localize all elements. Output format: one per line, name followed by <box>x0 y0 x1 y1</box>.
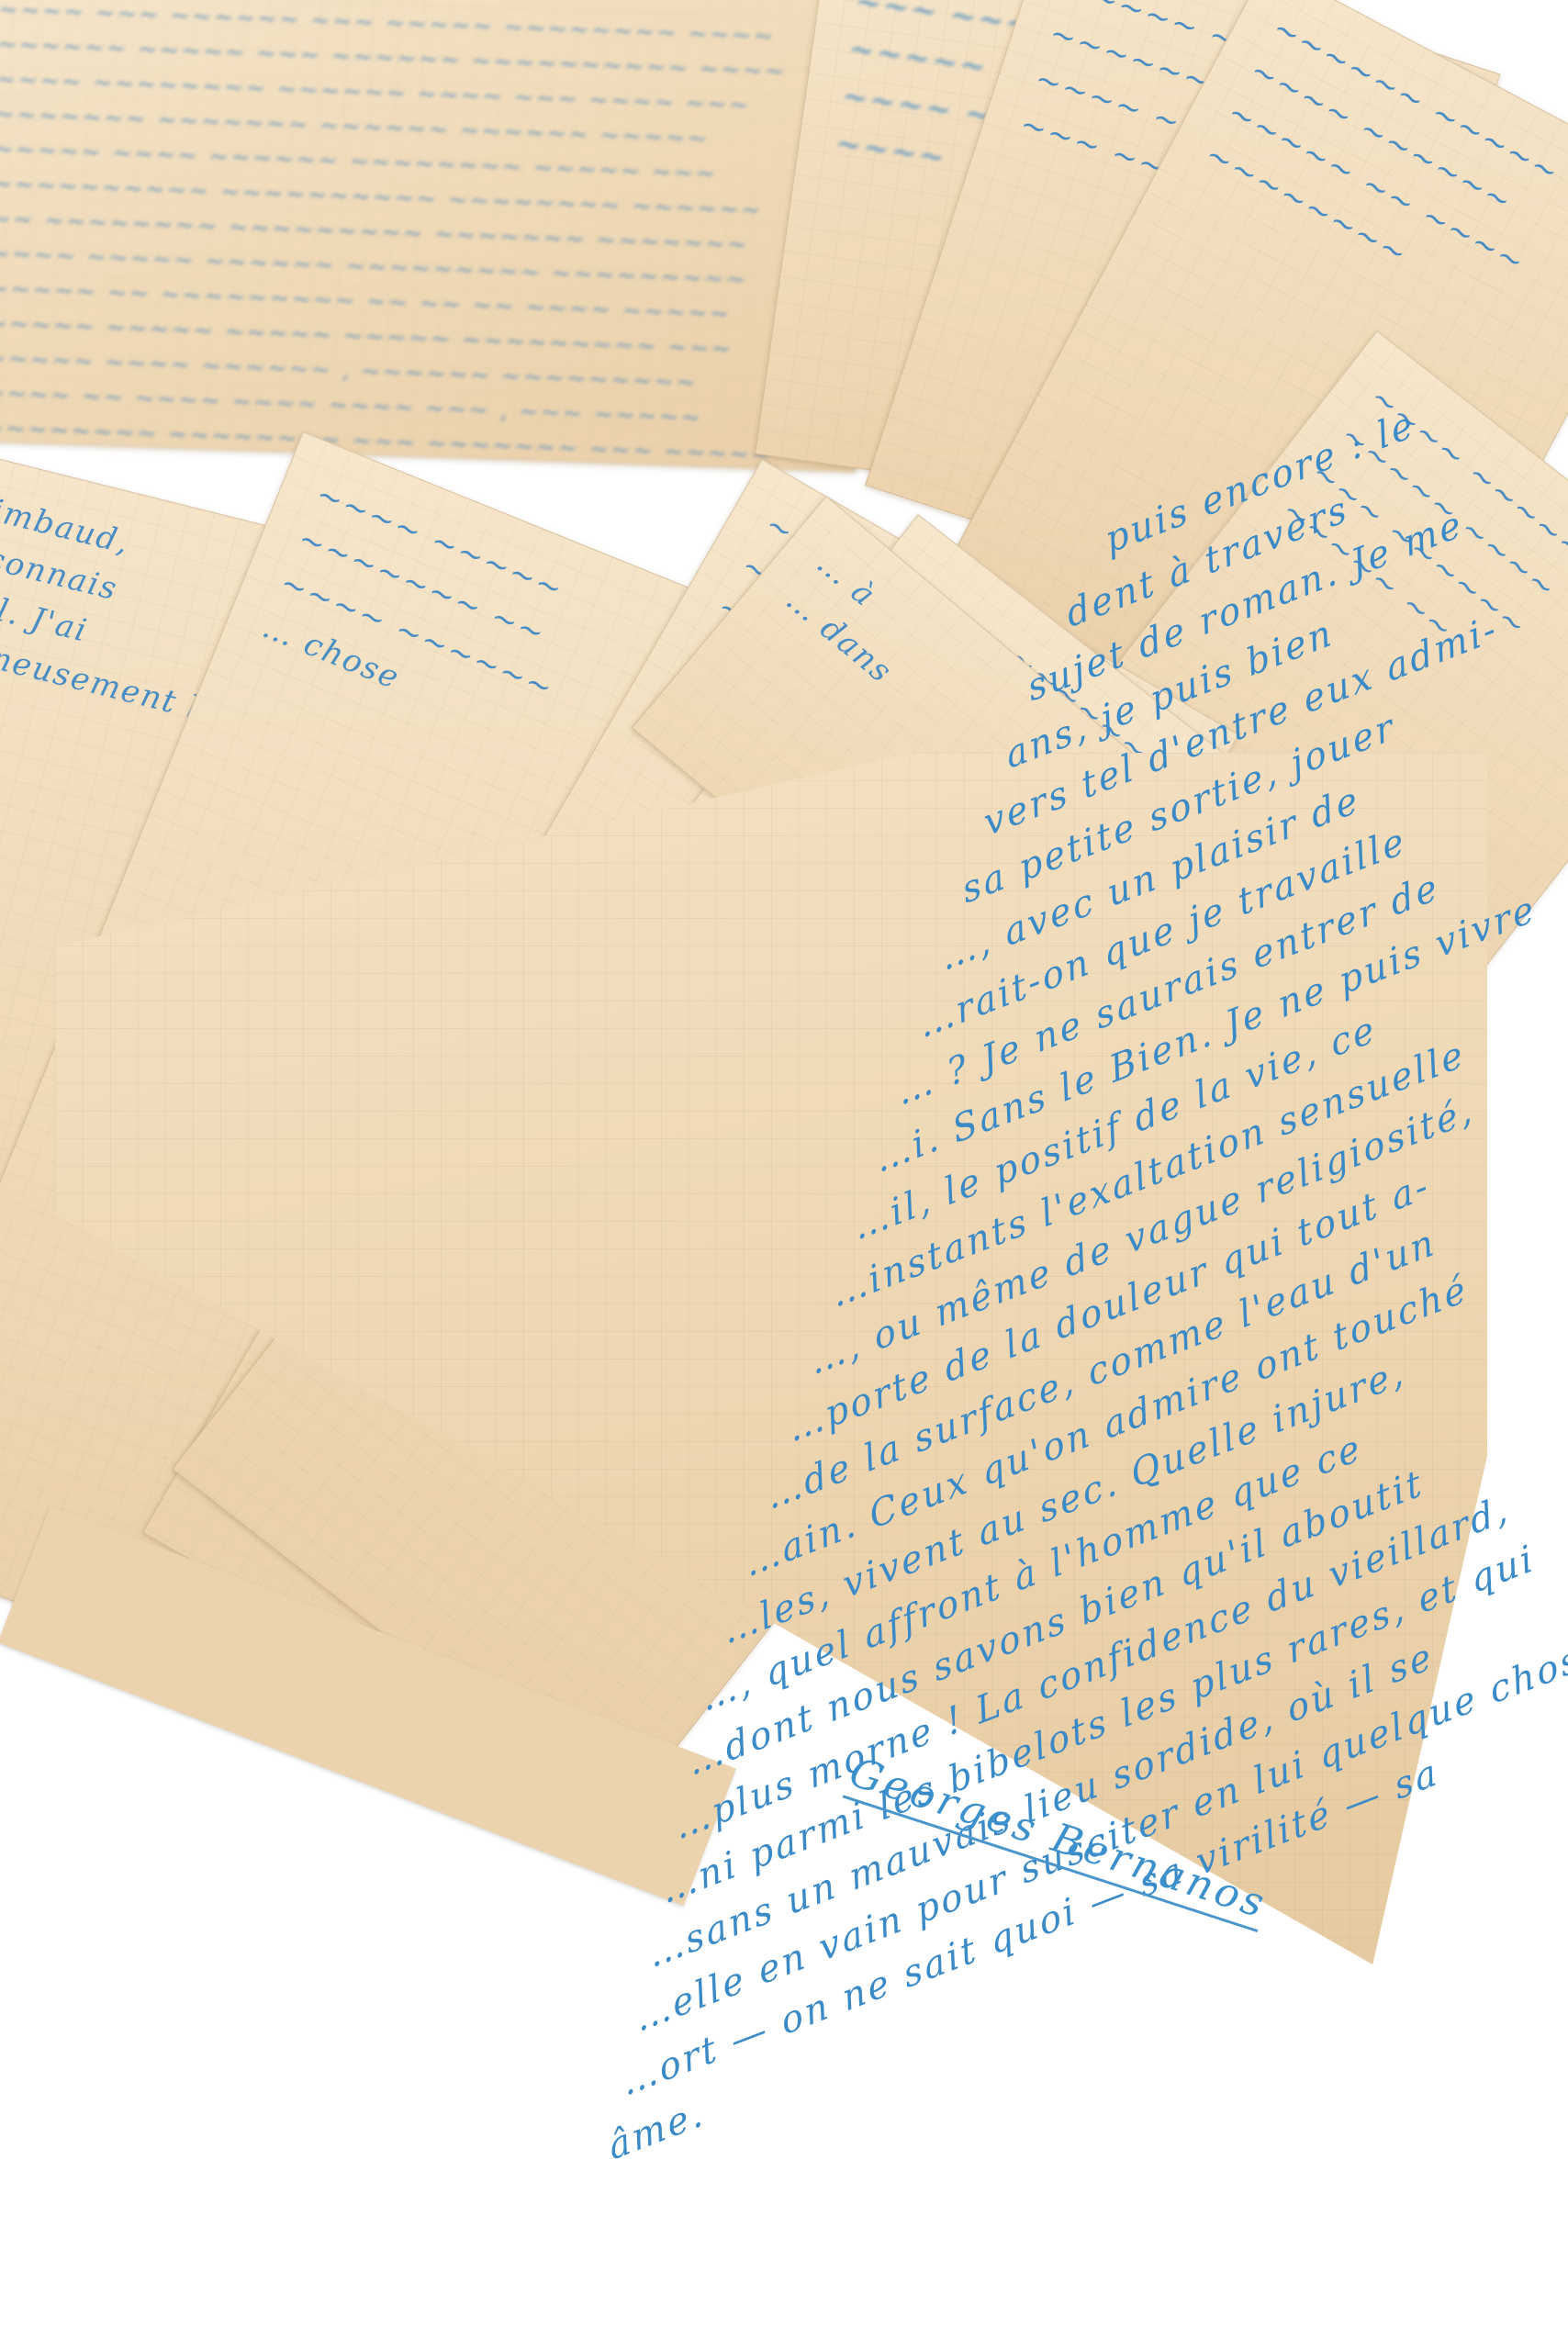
handwriting: ~~~~~~ ~~~~~~~~~ ~~~~~~~~~~~ ~~ ~~~~~~~~… <box>1197 5 1568 367</box>
illegible-handwriting: ~~~~ ~~~ ~~~~~~ ~~~ ~~~~~ ~~~~~~~~ ~~~~ … <box>0 0 843 472</box>
manuscript-photo: ~~~~ ~~~ ~~~~~~ ~~~ ~~~~~ ~~~~~~~~ ~~~~ … <box>0 0 1568 2350</box>
blurred-manuscript-page: ~~~~ ~~~ ~~~~~~ ~~~ ~~~~~ ~~~~~~~~ ~~~~ … <box>0 0 871 472</box>
